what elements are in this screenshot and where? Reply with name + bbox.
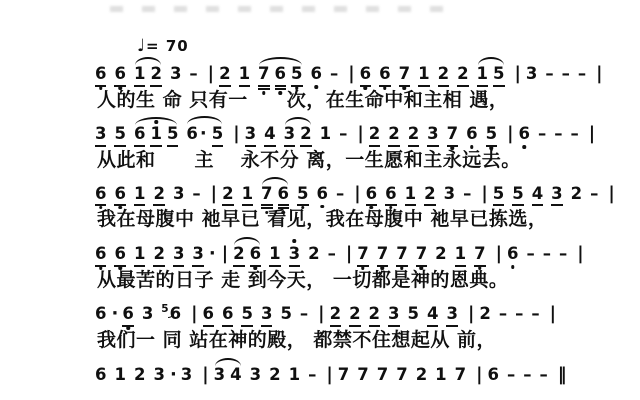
grace-note-digit: 5 [161,304,168,315]
note-digit: 2 [571,186,582,203]
notation-line: 661233·|26132–|7777217|6–––| [95,235,625,267]
low-octave-dot [99,86,103,90]
note-digit: 2 [408,126,419,147]
note-digit: 2 [435,246,446,263]
note-digit: 6 [95,246,106,267]
low-octave-dot [470,145,474,149]
barline: | [608,186,614,204]
lyrics-line: 从最苦的日子 走 到今天， 一切都是神的恩典。 [97,270,625,292]
note-digit: 3 [214,367,225,384]
low-octave-dot [279,91,283,95]
note-digit: 3 [173,186,184,203]
note-digit: 5 [486,126,497,147]
notation-line: 6123·3|34321–|7777217|6–––‖ [95,356,625,385]
dash-extension: – [192,186,200,203]
note-digit: 2 [416,367,427,384]
note-digit: 6 [95,367,106,384]
slur-group: 12 [134,66,162,87]
note-digit: 2 [233,246,244,267]
note-digit: 3 [95,126,106,147]
dash-extension: – [515,306,523,323]
note-digit: 3 [526,66,537,83]
low-octave-dot [381,266,385,270]
low-octave-dot [403,86,407,90]
low-octave-dot [370,206,374,210]
note-digit: 6 [311,66,322,83]
note-digit: 7 [377,367,388,384]
note-digit: 2 [369,306,380,327]
dash-extension: – [562,66,570,83]
note-digit: 1 [114,367,125,384]
note-digit: 3 [261,306,272,327]
slur-group: 26 [233,246,261,267]
note-digit: 3 [173,246,184,267]
tempo-marking: ♩= 70 [137,36,625,56]
note-digit: 7 [357,246,368,267]
low-octave-dot [254,266,258,270]
dash-extension: – [328,246,336,263]
note-digit: 1 [320,126,331,143]
note-digit: 1 [455,246,466,267]
barline: | [211,186,217,204]
notation-line: 6·6356|66535–|2223543|2–––| [95,295,625,327]
note-digit: 5 [212,126,223,147]
low-octave-dot [451,146,455,150]
sheet-music-scan: ♩= 70 66123–|217656–|66712215|3–––|人的生 命… [0,0,640,400]
note-digit: 2 [153,246,164,267]
augmentation-dot: · [170,366,177,384]
note-digit: 1 [435,367,446,384]
note-digit: 6 [385,186,396,207]
note-digit: 1 [150,126,161,147]
low-octave-dot [420,266,424,270]
cropped-text-artifact [110,6,450,12]
note-digit: 7 [258,66,269,87]
dash-extension: – [507,367,515,384]
note-digit: 2 [300,126,311,147]
dash-extension: – [578,66,586,83]
note-digit: 7 [447,126,458,147]
dash-extension: – [543,246,551,263]
barline: | [507,126,513,144]
note-digit: 1 [239,66,250,87]
note-digit: 2 [438,66,449,87]
barline: | [233,126,239,144]
lyrics-line: 人的生 命 只有一 次，在生命中和主相 遇， [97,90,625,112]
low-octave-dot [126,326,130,330]
note-digit: 3 [446,306,457,327]
note-digit: 2 [330,306,341,327]
low-octave-dot [118,266,122,270]
dash-extension: – [189,66,197,83]
dash-extension: – [554,126,562,143]
dash-extension: – [571,126,579,143]
note-digit: 7 [416,246,427,267]
notation-line: 356156·5|34321–|2223765|6–––| [95,115,625,147]
low-octave-dot [361,266,365,270]
note-digit: 6 [466,126,477,143]
tempo-value: 70 [166,37,189,55]
slur-group: 34 [214,367,242,384]
low-octave-dot [490,146,494,150]
note-digit: 1 [242,186,253,207]
note-digit: 3 [551,186,562,207]
note-digit: 4 [532,186,543,207]
low-octave-dot [265,211,269,215]
note-digit: 2 [150,66,161,87]
note-digit: 3 [170,66,181,83]
barline: | [318,306,324,324]
lyrics-line: 我们一 同 站在神的殿， 都禁不住想起从 前， [97,330,625,352]
note-digit: 2 [479,306,490,323]
note-digit: 7 [474,246,485,267]
low-octave-dot [118,206,122,210]
note-digit: 1 [477,66,488,87]
note-digit: 6 [379,66,390,87]
barline: | [496,246,502,264]
note-digit: 2 [457,66,468,87]
note-digit: 4 [264,126,275,147]
slur-group: 615 [134,126,178,147]
dash-extension: – [463,186,471,203]
low-octave-dot [511,265,515,269]
note-digit: 6 [488,367,499,384]
slur-group: 6·5 [186,125,223,147]
note-digit: 3 [289,246,300,267]
note-digit: 2 [369,126,380,147]
barline: | [354,186,360,204]
note-digit: 2 [424,186,435,207]
low-octave-dot [320,205,324,209]
notation-line: 66123–|217656–|66123–|55432–| [95,176,625,207]
note-digit: 2 [308,246,319,263]
slur-group: 15 [477,66,505,87]
quarter-note-icon: ♩ [137,36,146,56]
high-octave-dot [154,120,158,124]
dash-extension: – [330,66,338,83]
note-digit: 5 [241,306,252,327]
dash-extension: – [336,186,344,203]
barline: | [348,66,354,84]
barline: | [357,126,363,144]
note-digit: 6 [278,186,289,207]
note-digit: 6 [95,66,106,87]
note-digit: 7 [261,186,272,207]
note-digit: 3 [427,126,438,147]
barline: | [577,246,583,264]
note-digit: 7 [396,367,407,384]
lyrics-line: 从此和 主 永不分 离，一生愿和主永远去。 [97,150,625,172]
note-digit: 3 [181,367,192,384]
note-digit: 6 [170,306,181,323]
note-digit: 1 [134,66,145,87]
low-octave-dot [295,86,299,90]
dash-extension: – [531,306,539,323]
augmentation-dot: · [200,125,207,143]
note-digit: 5 [408,306,419,323]
dash-extension: – [339,126,347,143]
note-digit: 5 [291,66,302,87]
note-digit: 3 [192,246,203,267]
note-digit: 4 [427,306,438,327]
final-barline: ‖ [558,367,566,385]
note-digit: 5 [280,306,291,323]
barline: | [208,66,214,84]
notation-lines: 66123–|217656–|66712215|3–––|人的生 命 只有一 次… [95,56,625,384]
note-digit: 1 [418,66,429,87]
note-digit: 5 [512,186,523,207]
score-sheet: ♩= 70 66123–|217656–|66712215|3–––|人的生 命… [95,36,625,387]
low-octave-dot [314,85,318,89]
note-digit: 6 [114,186,125,207]
augmentation-dot: · [209,245,216,263]
low-octave-dot [118,86,122,90]
lyrics-line: 我在母腹中 祂早已 看见，我在母腹中 祂早已拣选， [97,209,625,231]
augmentation-dot: · [111,305,118,323]
barline: | [589,126,595,144]
note-digit: 6 [250,246,261,267]
barline: | [596,66,602,84]
note-digit: 3 [444,186,455,203]
barline: | [202,367,208,385]
dash-extension: – [523,367,531,384]
note-digit: 6 [203,306,214,327]
dash-extension: – [559,246,567,263]
note-digit: 6 [114,66,125,87]
barline: | [326,367,332,385]
dash-extension: – [540,367,548,384]
low-octave-dot [301,206,305,210]
high-octave-dot [293,239,297,243]
note-digit: 5 [297,186,308,207]
note-digit: 5 [114,126,125,147]
dash-extension: – [527,246,535,263]
dash-extension: – [308,367,316,384]
note-digit: 1 [134,246,145,267]
low-octave-dot [389,206,393,210]
barline: | [476,367,482,385]
dash-extension: – [538,126,546,143]
note-digit: 1 [269,246,280,267]
note-digit: 7 [338,367,349,384]
note-digit: 2 [269,367,280,384]
note-digit: 1 [134,186,145,207]
low-octave-dot [383,86,387,90]
note-digit: 6 [275,66,286,87]
barline: | [191,306,197,324]
note-digit: 2 [388,126,399,147]
slur-group: 76 [261,186,289,207]
note-digit: 6 [360,66,371,87]
low-octave-dot [282,211,286,215]
dash-extension: – [590,186,598,203]
note-digit: 7 [377,246,388,267]
barline: | [346,246,352,264]
barline: | [515,66,521,84]
note-digit: 6 [95,306,106,323]
barline: | [222,246,228,264]
note-digit: 5 [493,186,504,207]
dash-extension: – [300,306,308,323]
note-digit: 7 [357,367,368,384]
note-digit: 3 [388,306,399,327]
note-digit: 7 [396,246,407,267]
note-digit: 1 [405,186,416,207]
low-octave-dot [364,86,368,90]
note-digit: 3 [284,126,295,147]
low-octave-dot [99,266,103,270]
note-digit: 6 [134,126,145,147]
note-digit: 2 [349,306,360,327]
barline: | [550,306,556,324]
notation-line: 66123–|217656–|66712215|3–––| [95,56,625,87]
note-digit: 6 [122,306,133,327]
note-digit: 7 [455,367,466,384]
note-digit: 6 [366,186,377,207]
dash-extension: – [499,306,507,323]
tempo-equals: = [146,37,160,55]
note-digit: 2 [222,186,233,207]
note-digit: 5 [167,126,178,147]
note-digit: 6 [222,306,233,327]
low-octave-dot [523,145,527,149]
note-digit: 7 [399,66,410,87]
note-digit: 2 [219,66,230,87]
note-digit: 6 [95,186,106,207]
note-digit: 4 [230,367,241,384]
note-digit: 6 [317,186,328,203]
slur-group: 765 [258,66,302,87]
dash-extension: – [545,66,553,83]
low-octave-dot [478,266,482,270]
note-digit: 1 [289,367,300,384]
note-digit: 6 [519,126,530,143]
slur-group: 32 [284,126,312,147]
low-octave-dot [262,91,266,95]
note-digit: 6 [507,246,518,263]
barline: | [468,306,474,324]
note-digit: 6 [186,126,197,143]
note-digit: 3 [153,367,164,384]
note-digit: 5 [493,66,504,87]
low-octave-dot [99,206,103,210]
note-digit: 2 [153,186,164,207]
note-digit: 3 [245,126,256,147]
low-octave-dot [400,266,404,270]
note-digit: 3 [250,367,261,384]
note-digit: 2 [134,367,145,384]
barline: | [481,186,487,204]
note-digit: 3 [142,306,153,323]
note-digit: 6 [114,246,125,267]
